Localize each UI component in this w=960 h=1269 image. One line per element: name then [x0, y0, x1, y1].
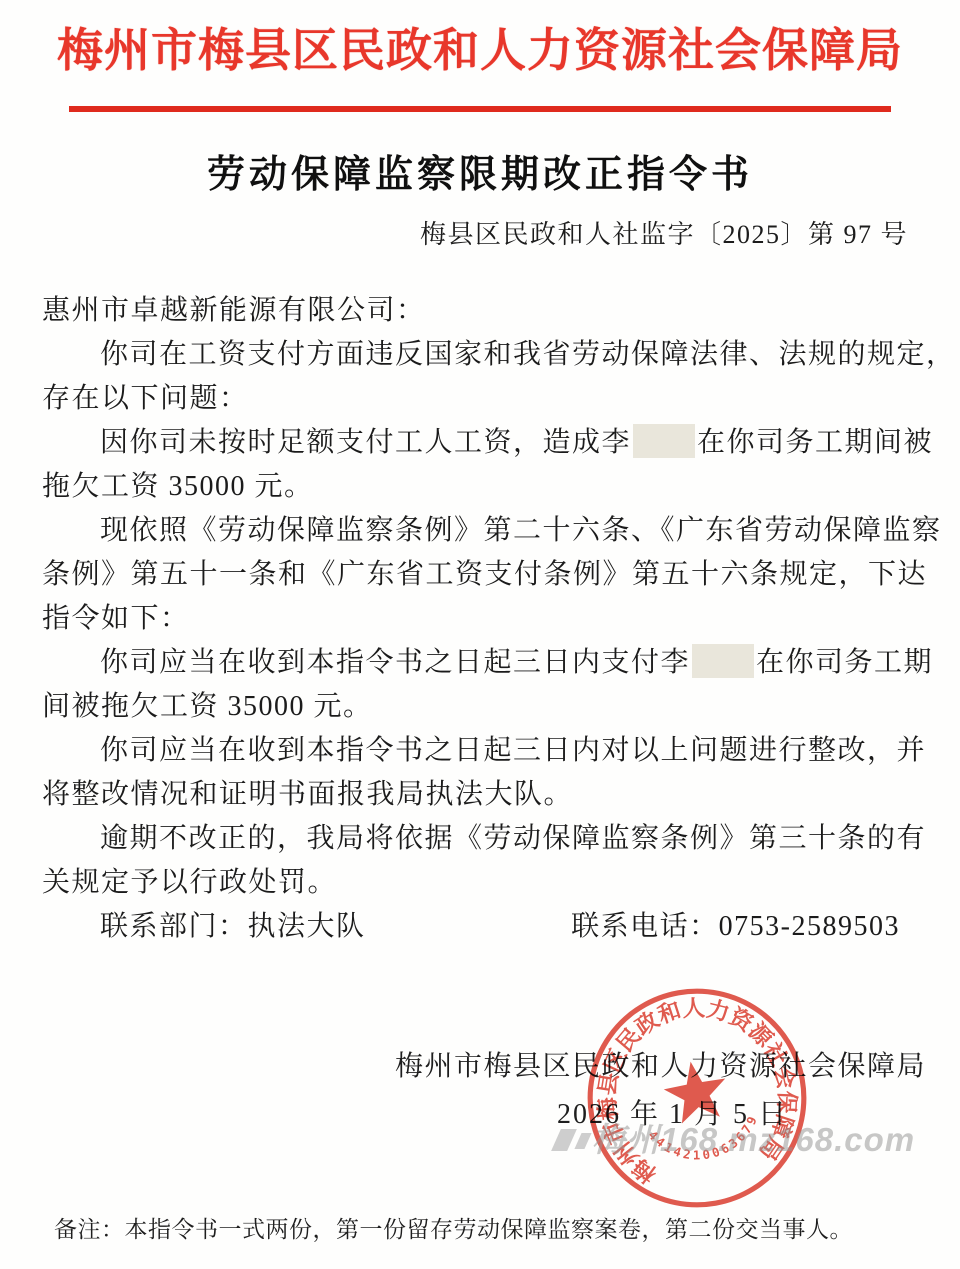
document-number: 梅县区民政和人社监字〔2025〕第 97 号	[0, 220, 960, 250]
body-text-segment: 你司应当在收到本指令书之日起三日内支付李	[100, 647, 690, 678]
watermark-text: 梅州168.mz168.com	[592, 1121, 915, 1158]
document-page: 梅州市梅县区民政和人力资源社会保障局 劳动保障监察限期改正指令书 梅县区民政和人…	[0, 0, 960, 1269]
redacted-name-box	[633, 424, 695, 458]
body-line: 间被拖欠工资 35000 元。	[42, 685, 922, 729]
body-line-with-redaction: 你司应当在收到本指令书之日起三日内支付李在你司务工期	[42, 641, 922, 685]
body-line: 逾期不改正的，我局将依据《劳动保障监察条例》第三十条的有	[42, 817, 922, 861]
letterhead-divider-rule	[69, 106, 891, 112]
document-title: 劳动保障监察限期改正指令书	[0, 154, 960, 196]
seal-arc-text-holder: 梅州市梅县区民政和人力资源社会保障局	[577, 979, 813, 1195]
body-line-with-redaction: 因你司未按时足额支付工人工资，造成李在你司务工期间被	[42, 421, 922, 465]
body-text-segment: 在你司务工期	[756, 647, 933, 678]
footer-remark: 备注：本指令书一式两份，第一份留存劳动保障监察案卷，第二份交当事人。	[54, 1211, 853, 1244]
contact-department: 联系部门：执法大队	[42, 905, 366, 949]
signature-org-name: 梅州市梅县区民政和人力资源社会保障局	[395, 1044, 926, 1084]
body-line: 关规定予以行政处罚。	[42, 861, 922, 905]
body-line: 现依照《劳动保障监察条例》第二十六条、《广东省劳动保障监察	[42, 509, 922, 553]
body-line: 你司在工资支付方面违反国家和我省劳动保障法律、法规的规定，	[42, 333, 922, 377]
body-line: 拖欠工资 35000 元。	[42, 465, 922, 509]
contact-line: 联系部门：执法大队 联系电话：0753-2589503	[42, 905, 922, 949]
watermark-logo-icon	[551, 1129, 577, 1151]
body-line: 将整改情况和证明书面报我局执法大队。	[42, 773, 922, 817]
letterhead-org-name: 梅州市梅县区民政和人力资源社会保障局	[0, 0, 960, 80]
body-line: 条例》第五十一条和《广东省工资支付条例》第五十六条规定，下达	[42, 553, 922, 597]
body-line: 指令如下：	[42, 597, 922, 641]
contact-phone: 联系电话：0753-2589503	[571, 905, 922, 949]
body-line: 你司应当在收到本指令书之日起三日内对以上问题进行整改，并	[42, 729, 922, 773]
document-body: 惠州市卓越新能源有限公司： 你司在工资支付方面违反国家和我省劳动保障法律、法规的…	[0, 289, 960, 949]
redacted-name-box	[692, 644, 754, 678]
site-watermark: 梅州168.mz168.com	[556, 1114, 915, 1161]
body-text-segment: 在你司务工期间被	[697, 427, 933, 458]
seal-arc-text: 梅州市梅县区民政和人力资源社会保障局	[577, 979, 813, 1195]
body-line: 存在以下问题：	[42, 377, 922, 421]
addressee-line: 惠州市卓越新能源有限公司：	[42, 289, 922, 333]
body-text-segment: 因你司未按时足额支付工人工资，造成李	[100, 427, 631, 458]
watermark-logo-icon	[574, 1133, 591, 1149]
